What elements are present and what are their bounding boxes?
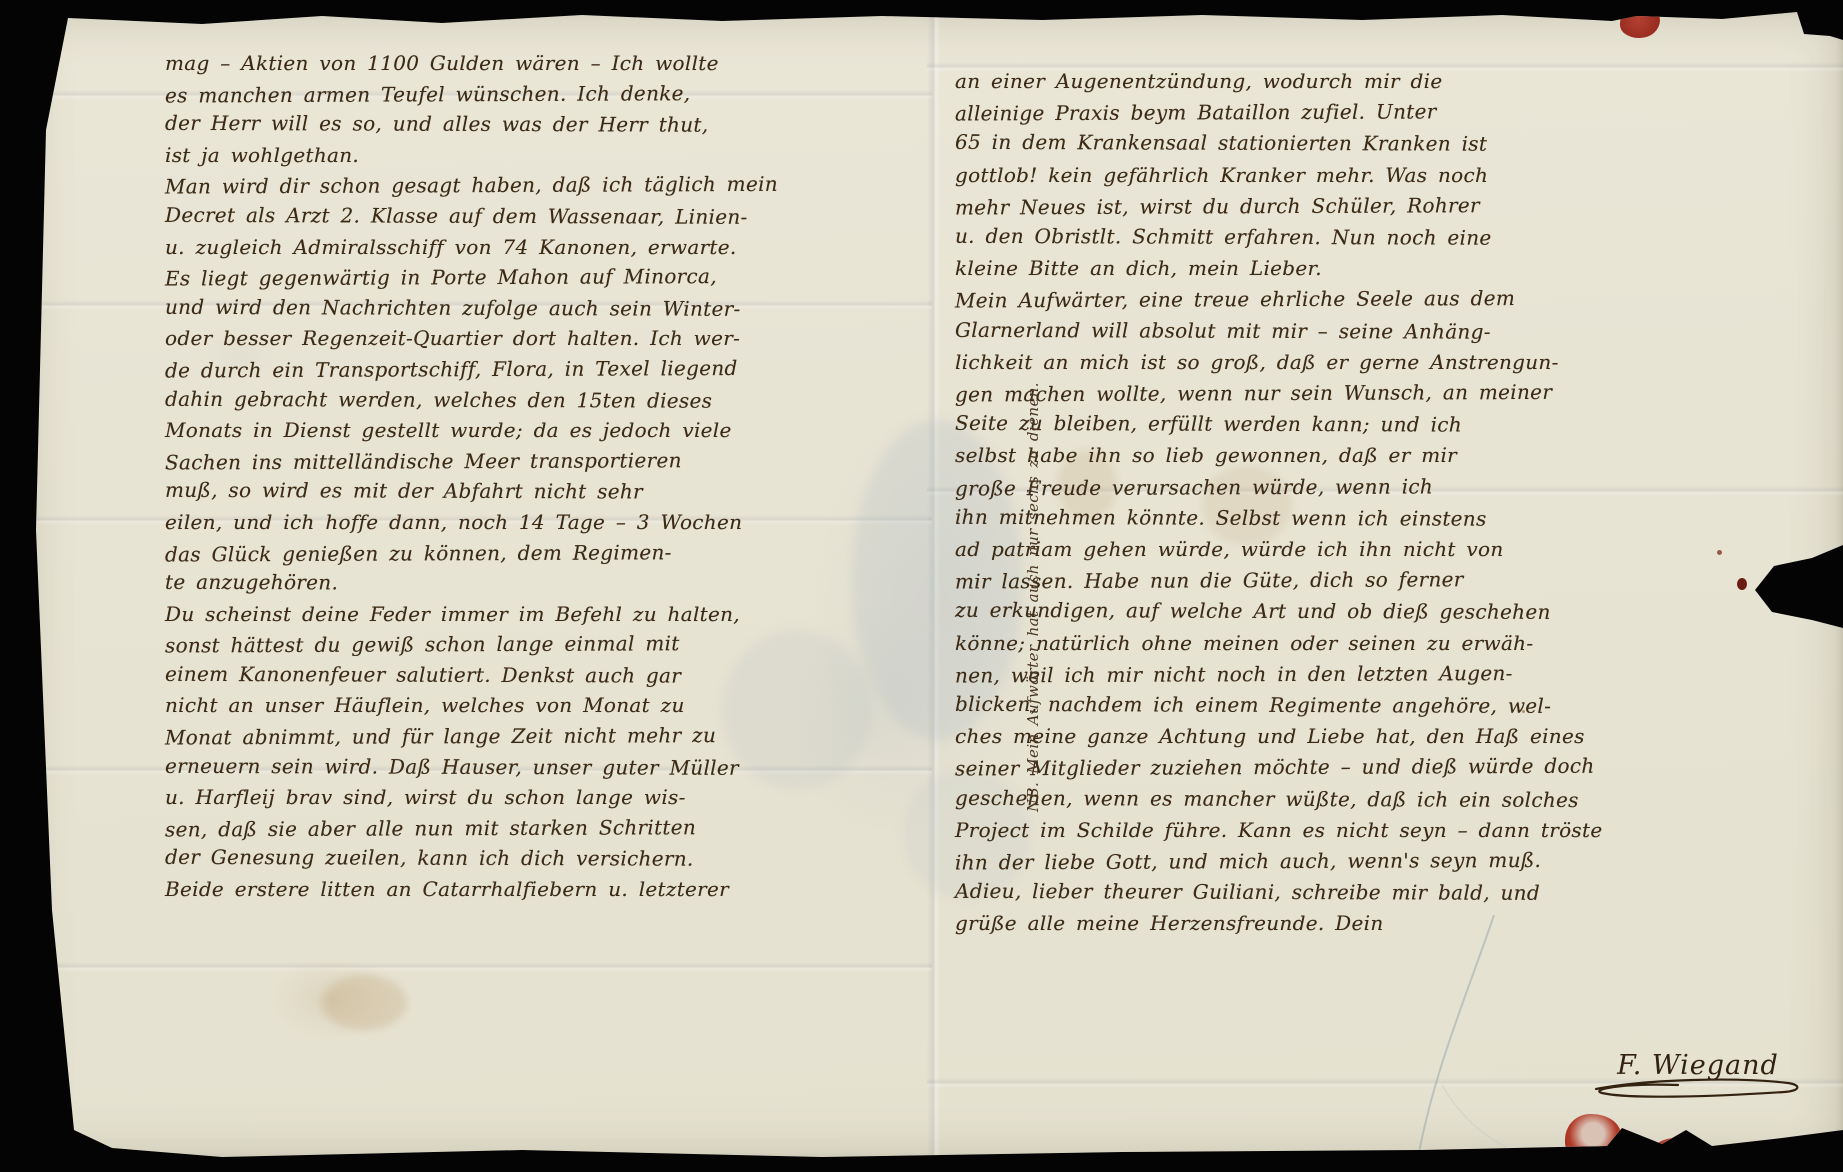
signature-name: F. Wiegand	[1617, 1050, 1779, 1081]
handwritten-line: große Freude verursachen würde, wenn ich	[955, 470, 1635, 504]
handwritten-line: grüße alle meine Herzensfreunde. Dein	[955, 908, 1635, 939]
handwritten-line: u. zugleich Admiralsschiff von 74 Kanone…	[165, 232, 845, 263]
fold-crease	[22, 962, 932, 972]
handwritten-line: gen machen wollte, wenn nur sein Wunsch,…	[955, 377, 1635, 411]
handwritten-line: eilen, und ich hoffe dann, noch 14 Tage …	[165, 507, 845, 538]
handwritten-line: 65 in dem Krankensaal stationierten Kran…	[955, 127, 1635, 161]
handwritten-line: Monat abnimmt, und für lange Zeit nicht …	[165, 720, 845, 754]
handwritten-line: Mein Aufwärter, eine treue ehrliche Seel…	[955, 283, 1635, 317]
handwritten-line: einem Kanonenfeuer salutiert. Denkst auc…	[165, 659, 845, 692]
handwritten-line: ches meine ganze Achtung und Liebe hat, …	[955, 721, 1635, 752]
handwritten-line: sen, daß sie aber alle nun mit starken S…	[165, 811, 845, 845]
handwritten-line: ihn der liebe Gott, und mich auch, wenn'…	[955, 845, 1635, 879]
wax-seal-remnant-top	[1620, 6, 1660, 38]
wax-speck	[1737, 578, 1747, 590]
handwritten-line: oder besser Regenzeit-Quartier dort halt…	[165, 323, 845, 354]
handwritten-line: das Glück genießen zu können, dem Regime…	[165, 536, 845, 570]
handwritten-line: Glarnerland will absolut mit mir – seine…	[955, 314, 1635, 348]
paper-stain	[322, 975, 407, 1030]
wax-seal-remnant-bottom	[1565, 1114, 1621, 1162]
handwritten-line: erneuern sein wird. Daß Hauser, unser gu…	[165, 750, 845, 783]
handwritten-line: nen, weil ich mir nicht noch in den letz…	[955, 657, 1635, 691]
handwritten-line: es manchen armen Teufel wünschen. Ich de…	[165, 77, 845, 111]
handwritten-line: selbst habe ihn so lieb gewonnen, daß er…	[955, 440, 1635, 471]
handwritten-line: ist ja wohlgethan.	[165, 140, 845, 171]
right-page-text: an einer Augenentzündung, wodurch mir di…	[955, 66, 1635, 940]
wax-speck	[1717, 550, 1722, 555]
handwritten-line: u. den Obristlt. Schmitt erfahren. Nun n…	[955, 221, 1635, 255]
handwritten-line: blicken, nachdem ich einem Regimente ang…	[955, 689, 1635, 723]
handwritten-line: te anzugehören.	[165, 567, 845, 600]
handwritten-line: kleine Bitte an dich, mein Lieber.	[955, 253, 1635, 284]
handwritten-line: seiner Mitglieder zuziehen möchte – und …	[955, 751, 1635, 785]
left-page-text: mag – Aktien von 1100 Gulden wären – Ich…	[165, 48, 845, 905]
handwritten-line: Man wird dir schon gesagt haben, daß ich…	[165, 169, 845, 203]
handwritten-line: zu erkundigen, auf welche Art und ob die…	[955, 595, 1635, 629]
scan-background: mag – Aktien von 1100 Gulden wären – Ich…	[0, 0, 1843, 1172]
handwritten-line: geschehen, wenn es mancher wüßte, daß ic…	[955, 782, 1635, 816]
handwritten-line: Es liegt gegenwärtig in Porte Mahon auf …	[165, 261, 845, 295]
handwritten-line: und wird den Nachrichten zufolge auch se…	[165, 292, 845, 325]
handwritten-line: muß, so wird es mit der Abfahrt nicht se…	[165, 475, 845, 508]
handwritten-line: Project im Schilde führe. Kann es nicht …	[955, 815, 1635, 846]
handwritten-line: der Herr will es so, und alles was der H…	[165, 108, 845, 141]
handwritten-line: an einer Augenentzündung, wodurch mir di…	[955, 66, 1635, 97]
handwritten-line: Adieu, lieber theurer Guiliani, schreibe…	[955, 876, 1635, 910]
handwritten-line: könne; natürlich ohne meinen oder seinen…	[955, 628, 1635, 659]
handwritten-line: nicht an unser Häuflein, welches von Mon…	[165, 690, 845, 721]
handwritten-line: Du scheinst deine Feder immer im Befehl …	[165, 599, 845, 630]
handwritten-line: de durch ein Transportschiff, Flora, in …	[165, 352, 845, 386]
center-fold-crease	[927, 10, 941, 1160]
wax-seal-remnant-bottom	[1652, 1138, 1704, 1166]
handwritten-line: der Genesung zueilen, kann ich dich vers…	[165, 842, 845, 875]
handwritten-line: Sachen ins mittelländische Meer transpor…	[165, 444, 845, 478]
handwritten-line: Beide erstere litten an Catarrhalfiebern…	[165, 874, 845, 905]
handwritten-line: Decret als Arzt 2. Klasse auf dem Wassen…	[165, 200, 845, 233]
handwritten-line: u. Harfleij brav sind, wirst du schon la…	[165, 782, 845, 813]
letter-sheet: mag – Aktien von 1100 Gulden wären – Ich…	[22, 10, 1843, 1160]
handwritten-line: gottlob! kein gefährlich Kranker mehr. W…	[955, 160, 1635, 191]
handwritten-line: ad patriam gehen würde, würde ich ihn ni…	[955, 534, 1635, 565]
marginal-note: NB. Mein Aufwärter hat auch nur sechs zu…	[1024, 247, 1042, 812]
handwritten-line: mehr Neues ist, wirst du durch Schüler, …	[955, 189, 1635, 223]
handwritten-line: ihn mitnehmen könnte. Selbst wenn ich ei…	[955, 502, 1635, 536]
handwritten-line: Seite zu bleiben, erfüllt werden kann; u…	[955, 408, 1635, 442]
handwritten-line: mir lassen. Habe nun die Güte, dich so f…	[955, 564, 1635, 598]
handwritten-line: dahin gebracht werden, welches den 15ten…	[165, 383, 845, 416]
handwritten-line: mag – Aktien von 1100 Gulden wären – Ich…	[165, 48, 845, 79]
handwritten-line: Monats in Dienst gestellt wurde; da es j…	[165, 415, 845, 446]
handwritten-line: sonst hättest du gewiß schon lange einma…	[165, 628, 845, 662]
signature-block: F. Wiegand	[1578, 1050, 1818, 1101]
handwritten-line: lichkeit an mich ist so groß, daß er ger…	[955, 347, 1635, 378]
handwritten-line: alleinige Praxis beym Bataillon zufiel. …	[955, 96, 1635, 130]
